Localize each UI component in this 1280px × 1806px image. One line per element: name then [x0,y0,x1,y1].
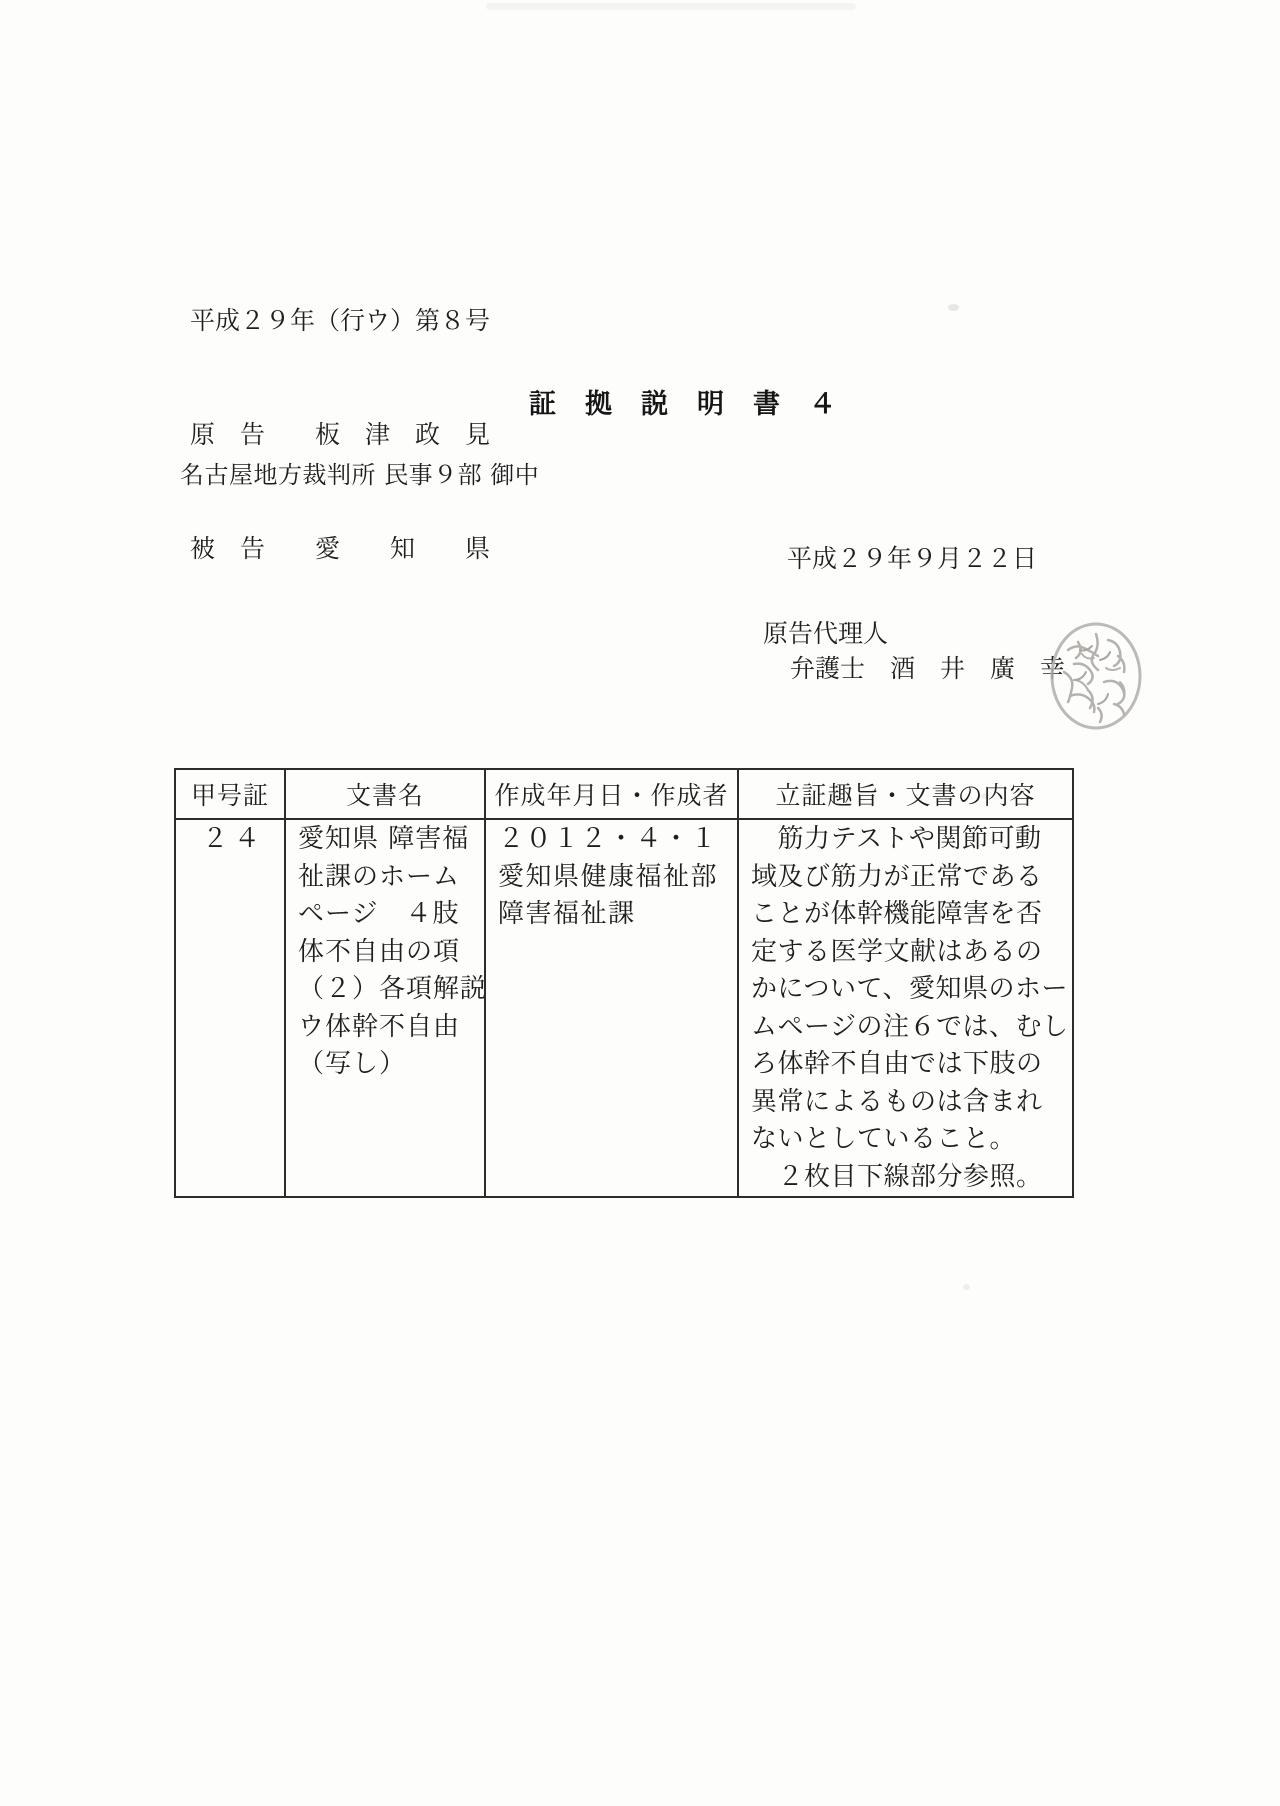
column-header-purpose: 立証趣旨・文書の内容 [738,769,1073,819]
column-header-exhibit-no: 甲号証 [175,769,285,819]
attorney-seal-icon [1048,620,1144,732]
purpose-content-cell: 筋力テストや関節可動域及び筋力が正常であることが体幹機能障害を否定する医学文献は… [738,819,1073,1197]
table-header-row: 甲号証 文書名 作成年月日・作成者 立証趣旨・文書の内容 [175,769,1073,819]
plaintiff-line: 原 告 板 津 政 見 [190,416,490,454]
document-name-cell: 愛知県 障害福祉課のホームページ ４肢体不自由の項（２）各項解説ウ体幹不自由（写… [285,819,485,1197]
defendant-line: 被 告 愛 知 県 [190,530,490,568]
column-header-document-name: 文書名 [285,769,485,819]
column-header-date-author: 作成年月日・作成者 [485,769,738,819]
table-row: ２４ 愛知県 障害福祉課のホームページ ４肢体不自由の項（２）各項解説ウ体幹不自… [175,819,1073,1197]
scan-speck [963,1284,970,1290]
attorney-name-line: 弁護士 酒 井 廣 幸 [790,656,1065,681]
case-number-line: 平成２９年（行ウ）第８号 [190,302,490,340]
document-title: 証 拠 説 明 書 ４ [529,391,837,418]
exhibit-number-cell: ２４ [175,819,285,1197]
date-author-cell: ２０１２・４・１愛知県健康福祉部障害福祉課 [485,819,738,1197]
evidence-table: 甲号証 文書名 作成年月日・作成者 立証趣旨・文書の内容 ２４ 愛知県 障害福祉… [174,768,1074,1198]
submission-date: 平成２９年９月２２日 [787,546,1037,571]
representative-label: 原告代理人 [763,621,888,646]
exhibit-number: ２４ [188,821,280,859]
case-header-block: 平成２９年（行ウ）第８号 原 告 板 津 政 見 被 告 愛 知 県 [190,226,490,644]
scan-speck [948,304,959,311]
scan-artifact [486,3,856,10]
court-addressee-line: 名古屋地方裁判所 民事９部 御中 [180,463,539,487]
scanned-legal-document-page: 平成２９年（行ウ）第８号 原 告 板 津 政 見 被 告 愛 知 県 証 拠 説… [0,0,1280,1806]
